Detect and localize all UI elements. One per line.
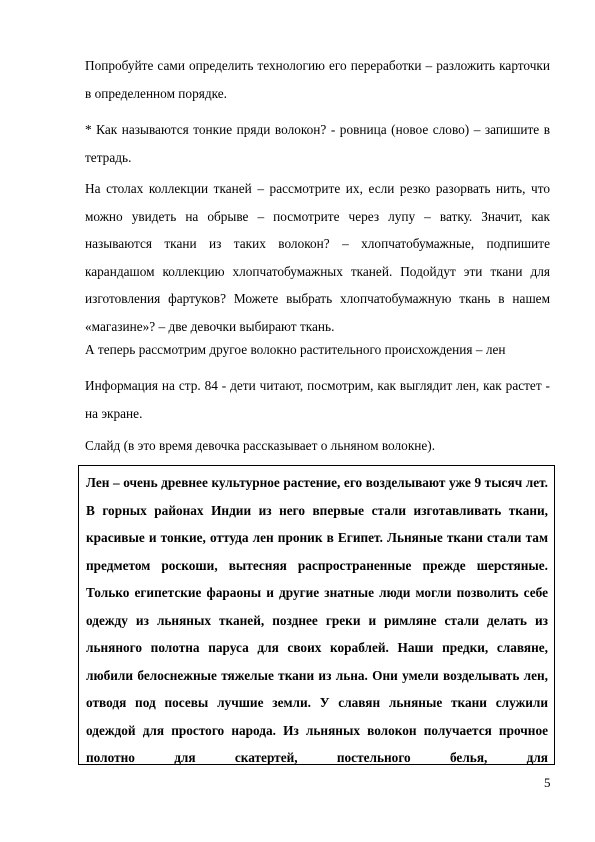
flax-info-text: Лен – очень древнее культурное растение,… [86, 469, 548, 765]
paragraph-page-info: Информация на стр. 84 - дети читают, пос… [85, 372, 550, 427]
paragraph-sort-cards: Попробуйте сами определить технологию ег… [85, 52, 550, 107]
flax-info-box: Лен – очень древнее культурное растение,… [78, 465, 555, 765]
page-number: 5 [544, 775, 551, 791]
paragraph-fabric-collection: На столах коллекции тканей – рассмотрите… [85, 175, 550, 340]
paragraph-roving-question: * Как называются тонкие пряди волокон? -… [85, 116, 550, 171]
paragraph-slide: Слайд (в это время девочка рассказывает … [85, 432, 550, 460]
paragraph-flax-intro: А теперь рассмотрим другое волокно расти… [85, 336, 550, 364]
document-page: Попробуйте сами определить технологию ег… [0, 0, 595, 842]
